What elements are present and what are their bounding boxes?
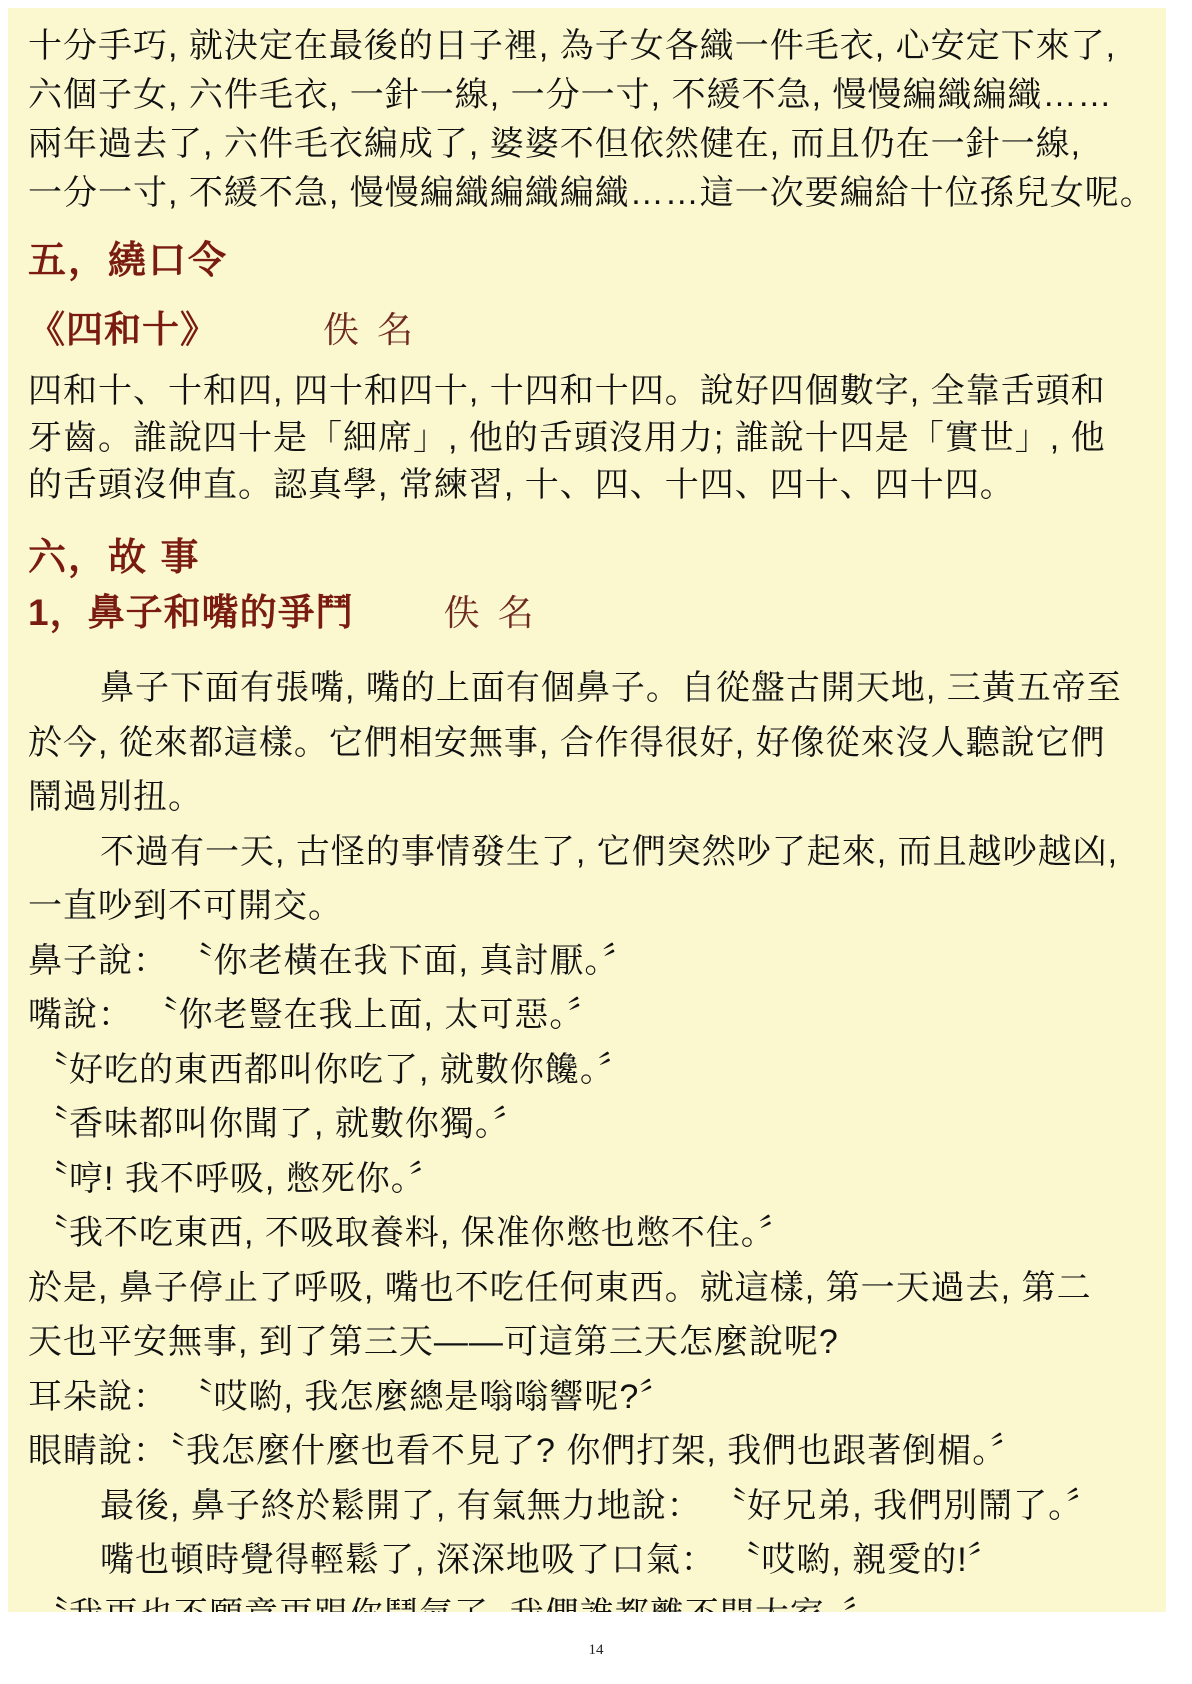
- text-line: 不過有一天, 古怪的事情發生了, 它們突然吵了起來, 而且越吵越凶,: [28, 825, 1144, 880]
- author-name: 佚 名: [323, 309, 417, 350]
- section5-heading: 五，繞口令: [28, 238, 1144, 284]
- author-name: 佚 名: [444, 592, 538, 633]
- text-line: 耳朵說： 〝哎喲, 我怎麼總是嗡嗡響呢?〞: [28, 1370, 1144, 1425]
- section6-heading: 六，故 事: [28, 535, 1144, 581]
- text-line: 鬧過別扭。: [28, 770, 1144, 825]
- text-line: 十分手巧, 就決定在最後的日子裡, 為子女各織一件毛衣, 心安定下來了,: [28, 22, 1144, 71]
- story-text: 鼻子下面有張嘴, 嘴的上面有個鼻子。自從盤古開天地, 三黃五帝至 於今, 從來都…: [28, 661, 1144, 1612]
- text-line: 四和十、十和四, 四十和四十, 十四和十四。說好四個數字, 全靠舌頭和: [28, 368, 1144, 415]
- text-line: 於今, 從來都這樣。它們相安無事, 合作得很好, 好像從來沒人聽說它們: [28, 716, 1144, 771]
- text-line: 最後, 鼻子終於鬆開了, 有氣無力地說： 〝好兄弟, 我們別鬧了。〞: [28, 1479, 1144, 1534]
- work-title: 《四和十》: [28, 309, 218, 350]
- text-line: 一分一寸, 不緩不急, 慢慢編織編織編織……這一次要編給十位孫兒女呢。: [28, 169, 1144, 218]
- section5-title-row: 《四和十》佚 名: [28, 306, 1144, 362]
- text-line: 兩年過去了, 六件毛衣編成了, 婆婆不但依然健在, 而且仍在一針一線,: [28, 120, 1144, 169]
- text-line: 〝我不吃東西, 不吸取養料, 保准你憋也憋不住。〞: [28, 1206, 1144, 1261]
- text-line: 一直吵到不可開交。: [28, 879, 1144, 934]
- text-line: 嘴說： 〝你老豎在我上面, 太可惡。〞: [28, 988, 1144, 1043]
- document-page: 十分手巧, 就決定在最後的日子裡, 為子女各織一件毛衣, 心安定下來了, 六個子…: [0, 0, 1192, 1684]
- section6-title-row: 1，鼻子和嘴的爭鬥佚 名: [28, 589, 1144, 645]
- text-line: 於是, 鼻子停止了呼吸, 嘴也不吃任何東西。就這樣, 第一天過去, 第二: [28, 1261, 1144, 1316]
- tongue-twister-paragraph: 四和十、十和四, 四十和四十, 十四和十四。說好四個數字, 全靠舌頭和 牙齒。誰…: [28, 368, 1144, 509]
- text-line: 〝好吃的東西都叫你吃了, 就數你饞。〞: [28, 1043, 1144, 1098]
- text-line: 〝哼! 我不呼吸, 憋死你。〞: [28, 1152, 1144, 1207]
- text-line: 眼睛說：〝我怎麼什麼也看不見了? 你們打架, 我們也跟著倒楣。〞: [28, 1424, 1144, 1479]
- intro-paragraph: 十分手巧, 就決定在最後的日子裡, 為子女各織一件毛衣, 心安定下來了, 六個子…: [28, 8, 1144, 218]
- paper: 十分手巧, 就決定在最後的日子裡, 為子女各織一件毛衣, 心安定下來了, 六個子…: [8, 8, 1166, 1612]
- story-title: 1，鼻子和嘴的爭鬥: [28, 592, 354, 633]
- text-line: 〝香味都叫你聞了, 就數你獨。〞: [28, 1097, 1144, 1152]
- text-line: 天也平安無事, 到了第三天——可這第三天怎麼說呢?: [28, 1315, 1144, 1370]
- text-line: 〝我再也不願意再跟你鬥氣了, 我們誰都離不開大家。〞: [28, 1588, 1144, 1613]
- page-number: 14: [0, 1642, 1192, 1659]
- text-line: 六個子女, 六件毛衣, 一針一線, 一分一寸, 不緩不急, 慢慢編織編織……: [28, 71, 1144, 120]
- text-line: 的舌頭沒伸直。認真學, 常練習, 十、四、十四、四十、四十四。: [28, 462, 1144, 509]
- text-line: 牙齒。誰說四十是「細席」, 他的舌頭沒用力; 誰說十四是「實世」, 他: [28, 415, 1144, 462]
- text-line: 鼻子下面有張嘴, 嘴的上面有個鼻子。自從盤古開天地, 三黃五帝至: [28, 661, 1144, 716]
- text-line: 鼻子說： 〝你老橫在我下面, 真討厭。〞: [28, 934, 1144, 989]
- text-line: 嘴也頓時覺得輕鬆了, 深深地吸了口氣： 〝哎喲, 親愛的!〞: [28, 1533, 1144, 1588]
